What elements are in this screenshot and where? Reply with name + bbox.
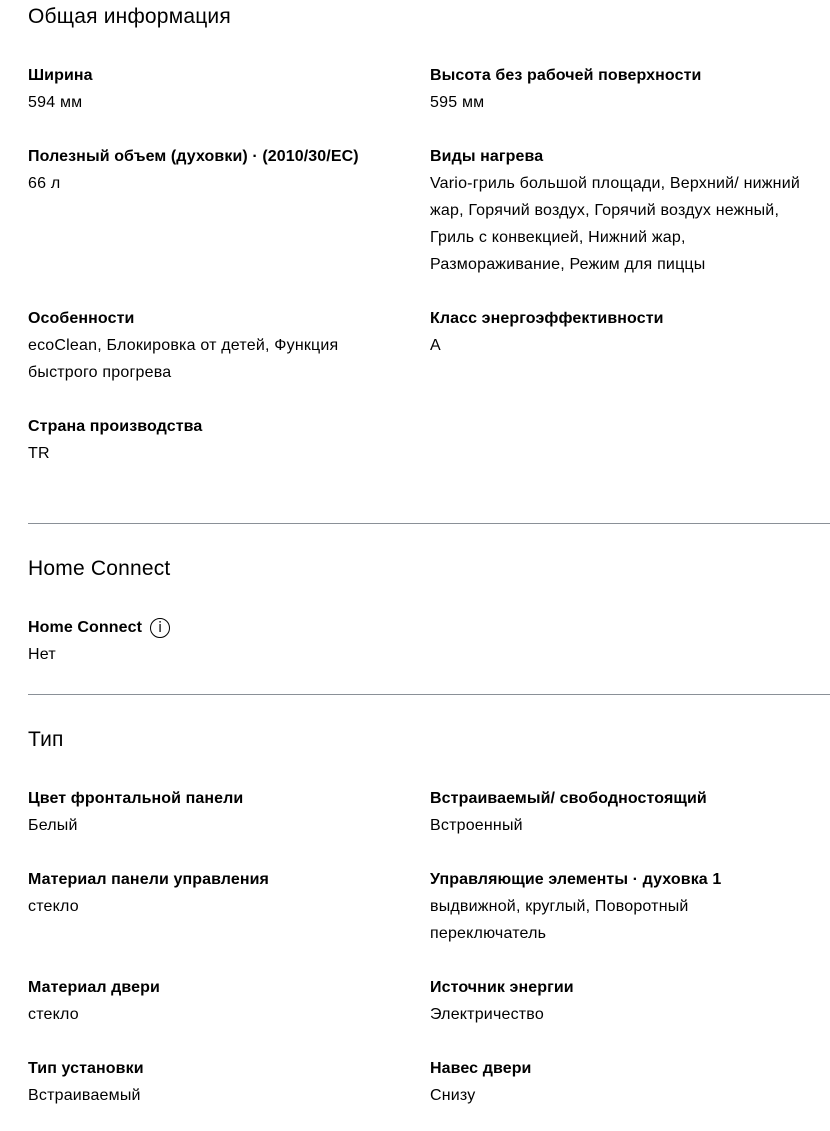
spec-value: Снизу — [430, 1082, 830, 1109]
spec-energy-source: Источник энергии Электричество — [430, 974, 830, 1028]
spec-value: Встроенный — [430, 812, 830, 839]
spec-label: Материал панели управления — [28, 866, 430, 893]
spec-label: Цвет фронтальной панели — [28, 785, 430, 812]
spec-built-in-freestanding: Встраиваемый/ свободностоящий Встроенный — [430, 785, 830, 839]
spec-value: ecoClean, Блокировка от детей, Функция б… — [28, 332, 430, 386]
spec-label: Высота без рабочей поверхности — [430, 62, 830, 89]
spec-label: Встраиваемый/ свободностоящий — [430, 785, 830, 812]
info-icon[interactable]: i — [150, 618, 170, 638]
spec-control-panel-material: Материал панели управления стекло — [28, 866, 430, 947]
spec-value: выдвижной, круглый, Поворотный переключа… — [430, 893, 830, 947]
section-type: Тип Цвет фронтальной панели Белый Встраи… — [28, 726, 830, 1131]
spec-installation-type: Тип установки Встраиваемый — [28, 1055, 430, 1109]
section-title-general-info: Общая информация — [28, 3, 830, 31]
spec-value: A — [430, 332, 830, 359]
spec-value: стекло — [28, 1001, 430, 1028]
spec-value: Нет — [28, 641, 430, 668]
spec-label: Навес двери — [430, 1055, 830, 1082]
spec-height: Высота без рабочей поверхности 595 мм — [430, 62, 830, 116]
spec-value: стекло — [28, 893, 430, 920]
spec-value: Белый — [28, 812, 430, 839]
spec-grid: Home Connect i Нет — [28, 614, 830, 695]
spec-grid: Ширина 594 мм Высота без рабочей поверхн… — [28, 62, 830, 494]
spec-home-connect: Home Connect i Нет — [28, 614, 430, 668]
spec-label: Ширина — [28, 62, 430, 89]
spec-value: Электричество — [430, 1001, 830, 1028]
spec-features: Особенности ecoClean, Блокировка от дете… — [28, 305, 430, 386]
spec-label: Управляющие элементы · духовка 1 — [430, 866, 830, 893]
spec-oven-volume: Полезный объем (духовки) · (2010/30/EC) … — [28, 143, 430, 278]
spec-label: Особенности — [28, 305, 430, 332]
spec-label: Источник энергии — [430, 974, 830, 1001]
spec-value: Встраиваемый — [28, 1082, 430, 1109]
spec-grid: Цвет фронтальной панели Белый Встраиваем… — [28, 785, 830, 1131]
section-title-type: Тип — [28, 726, 830, 754]
spec-label: Полезный объем (духовки) · (2010/30/EC) — [28, 143, 430, 170]
section-divider — [28, 694, 830, 695]
spec-label: Home Connect — [28, 614, 142, 641]
spec-controls-oven-1: Управляющие элементы · духовка 1 выдвижн… — [430, 866, 830, 947]
spec-door-material: Материал двери стекло — [28, 974, 430, 1028]
section-home-connect: Home Connect Home Connect i Нет — [28, 555, 830, 695]
section-divider — [28, 523, 830, 524]
spec-front-color: Цвет фронтальной панели Белый — [28, 785, 430, 839]
spec-value: 595 мм — [430, 89, 830, 116]
spec-label: Класс энергоэффективности — [430, 305, 830, 332]
spec-label: Виды нагрева — [430, 143, 830, 170]
section-title-home-connect: Home Connect — [28, 555, 830, 583]
spec-label-row: Home Connect i — [28, 614, 430, 641]
spec-value: 594 мм — [28, 89, 430, 116]
spec-energy-class: Класс энергоэффективности A — [430, 305, 830, 386]
spec-width: Ширина 594 мм — [28, 62, 430, 116]
spec-door-hinge: Навес двери Снизу — [430, 1055, 830, 1109]
spec-heating-modes: Виды нагрева Vario-гриль большой площади… — [430, 143, 830, 278]
spec-value: TR — [28, 440, 430, 467]
spec-value: Vario-гриль большой площади, Верхний/ ни… — [430, 170, 830, 278]
spec-label: Страна производства — [28, 413, 430, 440]
section-general-info: Общая информация Ширина 594 мм Высота бе… — [28, 3, 830, 494]
spec-country: Страна производства TR — [28, 413, 430, 467]
spec-value: 66 л — [28, 170, 430, 197]
spec-label: Материал двери — [28, 974, 430, 1001]
spec-label: Тип установки — [28, 1055, 430, 1082]
